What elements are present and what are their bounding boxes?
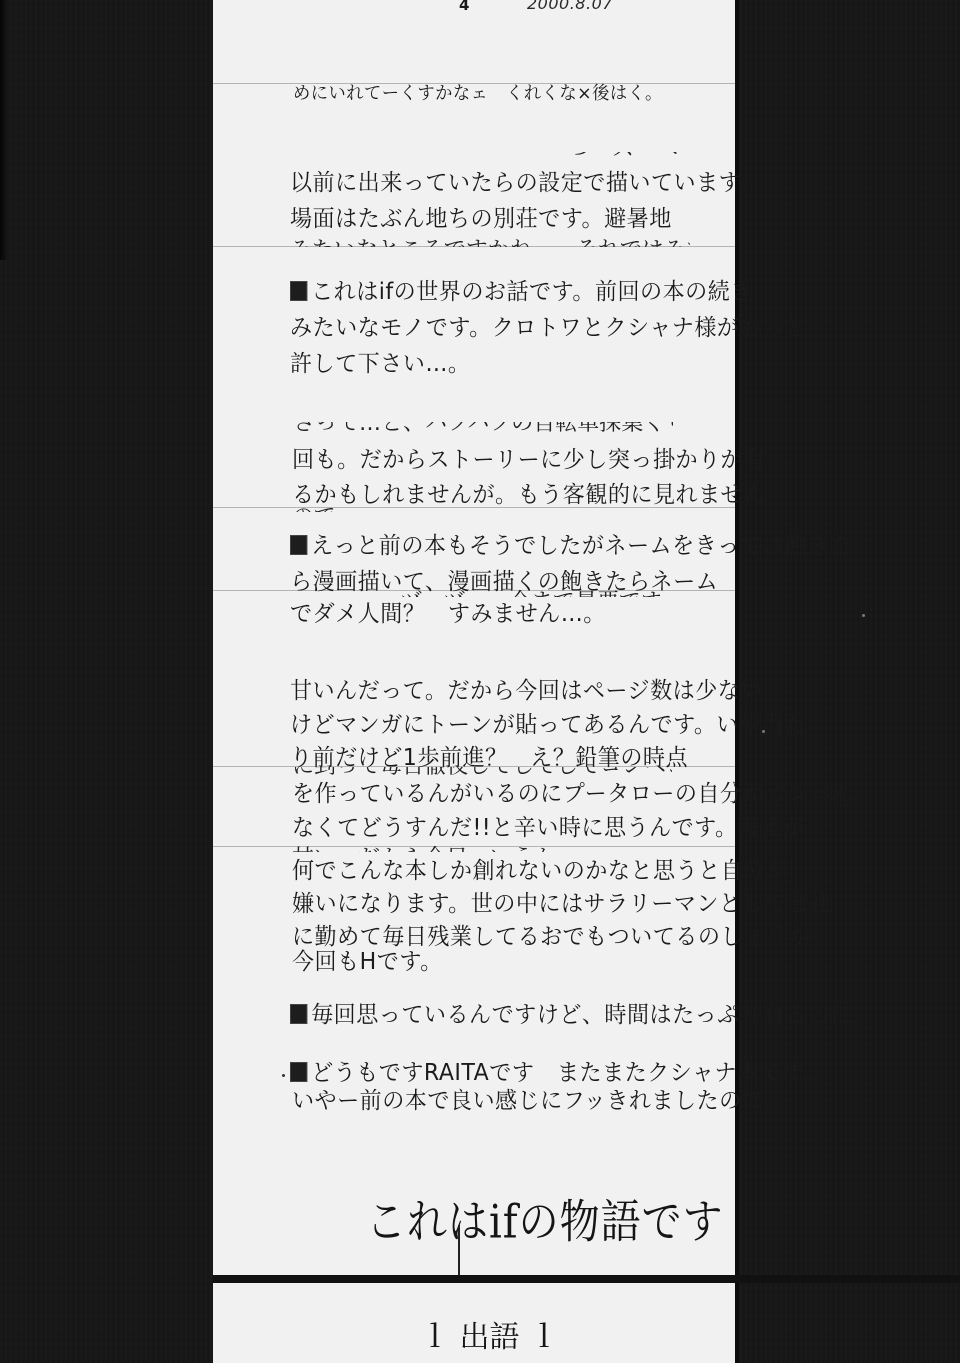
- page-title: これはifの物語です: [366, 1186, 724, 1252]
- clipped-text: 甘い…だから今日…いうか…: [292, 845, 672, 852]
- text-line: 回も。だからストーリーに少し突っ掛かりが有: [292, 442, 766, 478]
- bullet-marker-icon: [290, 1004, 307, 1024]
- date-stamp: 2000.8.07: [527, 0, 613, 13]
- bullet-marker-icon: [290, 281, 307, 301]
- text-line: 毎回思っているんですけど、時間はたっぷり有るのに: [290, 997, 853, 1033]
- dust-speck: [862, 614, 865, 617]
- page-number: 4: [459, 0, 470, 14]
- text-line: を作っているんがいるのにプータローの自分がガンバん: [292, 776, 854, 812]
- text-line: えっと前の本もそうでしたがネームをきっては飽きた: [290, 528, 853, 564]
- title-tail-stroke: [458, 1225, 460, 1277]
- fragment-line: めにいれてーくすかなェ くれくな×後はく。: [293, 76, 663, 112]
- clipped-text: ・ つ ス ヘ！: [480, 152, 680, 162]
- clipped-text: さって…と、ハフハフの自転車採集くり今: [293, 422, 673, 432]
- text-line: いやー前の本で良い感じにフッきれましたので。: [292, 1083, 786, 1119]
- text-line: 今回もHです。: [292, 944, 443, 980]
- panel-divider: [213, 1275, 960, 1283]
- clipped-text: に到って毎日徹夜してしてしてコンペンドーが: [292, 767, 672, 775]
- dust-speck: [282, 1074, 285, 1077]
- text-line: 以前に出来っていたらの設定で描いています。: [290, 165, 762, 201]
- bottom-fragment-text: ｌ 出語 ｌ: [420, 1312, 559, 1356]
- clipped-text: ので…: [292, 506, 372, 512]
- text-line: でダメ人間？ すみません…。: [290, 596, 606, 632]
- text-line: 甘いんだって。だから今回はページ数は少ない: [290, 673, 763, 709]
- dust-speck: [762, 730, 765, 733]
- text-line: 嫌いになります。世の中にはサラリーマンとして会社: [292, 886, 832, 922]
- bullet-marker-icon: [290, 535, 307, 555]
- text-line: これはifの世界のお話です。前回の本の続き: [290, 274, 753, 310]
- clipped-text: みたいなところですかね それではみなさん: [290, 237, 690, 247]
- text-line: 許して下さい…。: [290, 346, 470, 382]
- bullet-marker-icon: [290, 1062, 307, 1082]
- scan-edge-stain: [0, 0, 8, 260]
- text-line: 場面はたぶん地ちの別荘です。避暑地: [290, 201, 672, 237]
- text-line: けどマンガにトーンが貼ってあるんです。いや当た: [290, 707, 807, 743]
- text-line: 何でこんな本しか創れないのかなと思うと自分が: [292, 853, 788, 889]
- text-line: みたいなモノです。クロトワとクシャナ様がもっと: [290, 310, 807, 346]
- text-line: なくてどうすんだ!!と辛い時に思うんです。考えが: [292, 810, 805, 846]
